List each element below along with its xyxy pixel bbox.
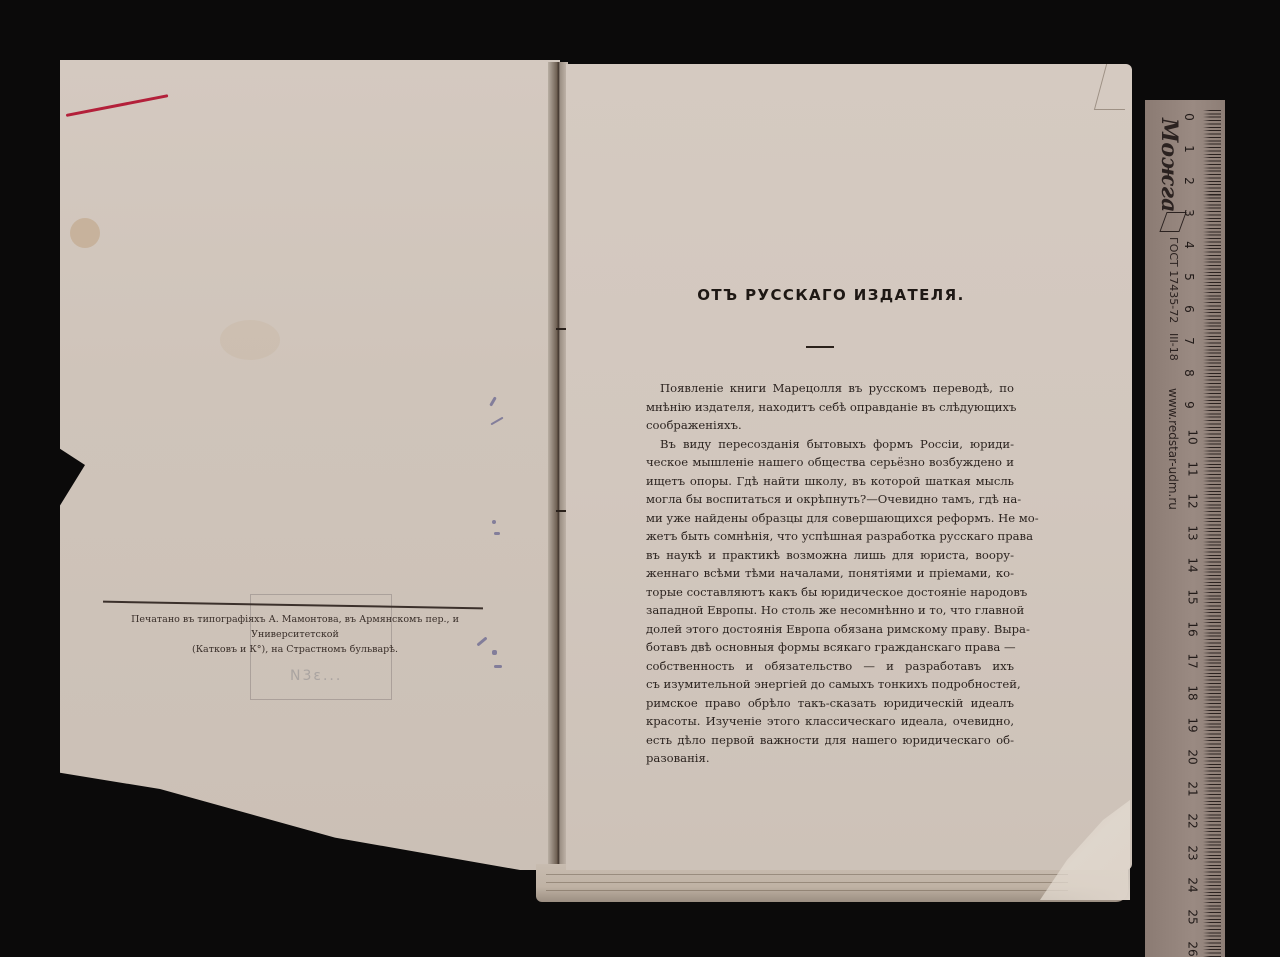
imprint-line: Печатано въ типографіяхъ А. Мамонтова, в… [100, 612, 490, 642]
book-gutter [548, 62, 568, 877]
ruler-number: 9 [1182, 401, 1196, 409]
ruler-number: 4 [1182, 241, 1196, 249]
ruler-number: 22 [1186, 813, 1200, 828]
library-stamp-text: N3ε... [290, 668, 342, 684]
ruler-number: 0 [1182, 113, 1196, 121]
ruler-scale: 0 1 2 3 4 5 6 7 8 9 10 11 12 13 14 15 16… [1185, 100, 1205, 957]
text-line: могла бы воспитаться и окрѣпнуть?—Очевид… [646, 490, 1014, 509]
text-line: женнаго всѣми тѣми началами, понятіями и… [646, 564, 1014, 583]
text-line: собственность и обязательство — и разраб… [646, 657, 1014, 676]
ruler-ticks [1203, 110, 1221, 957]
imprint-line: (Катковъ и К°), на Страстномъ бульварѣ. [100, 642, 490, 657]
ruler-number: 1 [1182, 145, 1196, 153]
ruler-number: 17 [1186, 653, 1200, 668]
text-line: Появленіе книги Марецолля въ русскомъ пе… [646, 379, 1014, 398]
ruler-url: www.redstar-udm.ru [1166, 388, 1180, 510]
ruler-number: 19 [1186, 717, 1200, 732]
text-line: красоты. Изученіе этого классическаго ид… [646, 712, 1014, 731]
printer-imprint: Печатано въ типографіяхъ А. Мамонтова, в… [100, 612, 490, 657]
text-line: Въ виду пересозданія бытовыхъ формъ Росс… [646, 435, 1014, 454]
paper-stain [70, 218, 100, 248]
text-line: съ изумительной энергіей до самыхъ тонки… [646, 675, 1014, 694]
text-line: ми уже найдены образцы для совершающихся… [646, 509, 1014, 528]
ruler-number: 6 [1182, 305, 1196, 313]
ruler-number: 5 [1182, 273, 1196, 281]
ruler-number: 18 [1186, 685, 1200, 700]
ruler-number: 14 [1186, 557, 1200, 572]
text-line: мнѣнію издателя, находитъ себѣ оправдані… [646, 398, 1014, 417]
text-line: разованія. [646, 749, 1014, 768]
title-rule [806, 346, 834, 348]
text-line: ботавъ двѣ основныя формы всякаго гражда… [646, 638, 1014, 657]
ruler-code: III-18 [1167, 333, 1180, 361]
text-line: соображеніяхъ. [646, 416, 1014, 435]
ruler-number: 3 [1182, 209, 1196, 217]
ruler-number: 10 [1186, 429, 1200, 444]
ruler-number: 11 [1186, 461, 1200, 476]
ruler-number: 13 [1186, 525, 1200, 540]
ruler-number: 12 [1186, 493, 1200, 508]
ruler-number: 15 [1186, 589, 1200, 604]
text-line: римское право обрѣло такъ-сказать юридич… [646, 694, 1014, 713]
ruler-number: 7 [1182, 337, 1196, 345]
ruler-standard: ГОСТ 17435-72 [1167, 237, 1180, 323]
book-photo: N3ε... Печатано въ типографіяхъ А. Мамон… [0, 0, 1280, 957]
ruler-brand: Можга [1156, 118, 1182, 212]
ruler-number: 2 [1182, 177, 1196, 185]
preface-text: Появленіе книги Марецолля въ русскомъ пе… [646, 379, 1014, 768]
text-line: въ наукѣ и практикѣ возможна лишь для юр… [646, 546, 1014, 565]
ruler-number: 8 [1182, 369, 1196, 377]
text-line: долей этого достоянія Европа обязана рим… [646, 620, 1014, 639]
paper-stain [220, 320, 280, 360]
text-line: торые составляютъ какъ бы юридическое до… [646, 583, 1014, 602]
ruler-number: 23 [1186, 845, 1200, 860]
ruler-number: 16 [1186, 621, 1200, 636]
text-line: ищетъ опоры. Гдѣ найти школу, въ которой… [646, 472, 1014, 491]
ruler-number: 25 [1186, 909, 1200, 924]
ruler-number: 20 [1186, 749, 1200, 764]
ruler-number: 26 [1186, 941, 1200, 956]
text-line: западной Европы. Но столь же несомнѣнно … [646, 601, 1014, 620]
text-line: ческое мышленіе нашего общества серьёзно… [646, 453, 1014, 472]
pencil-annotations [470, 350, 510, 730]
ruler-number: 21 [1186, 781, 1200, 796]
text-line: есть дѣло первой важности для нашего юри… [646, 731, 1014, 750]
text-line: жетъ быть сомнѣнія, что успѣшная разрабо… [646, 527, 1014, 546]
page-title: ОТЪ РУССКАГО ИЗДАТЕЛЯ. [566, 286, 1096, 304]
ruler-number: 24 [1186, 877, 1200, 892]
